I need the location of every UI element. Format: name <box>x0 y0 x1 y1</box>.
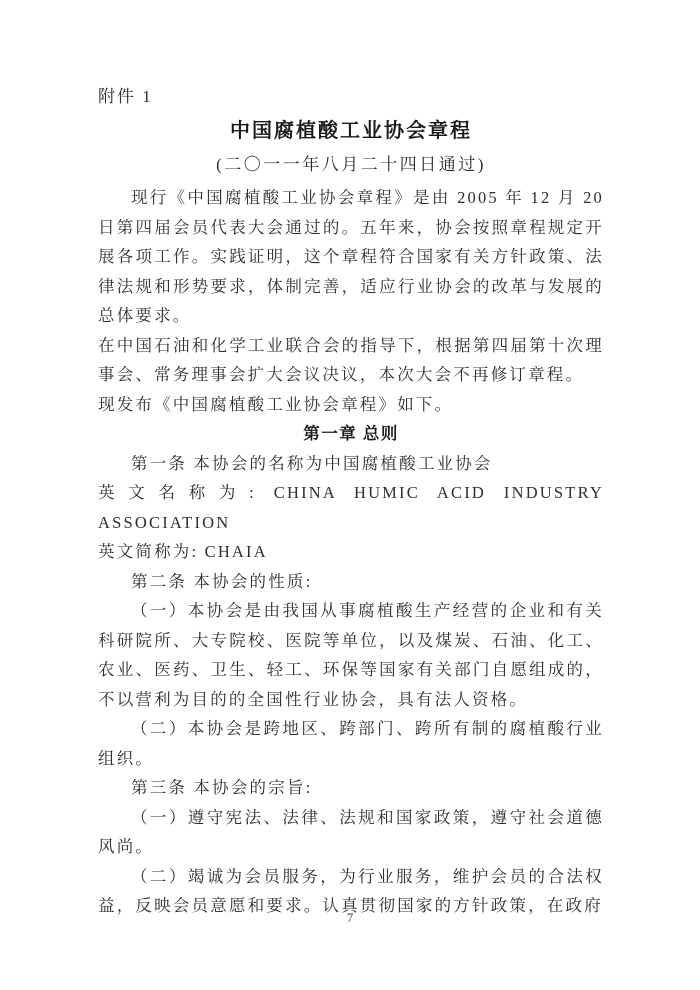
document-content: 附件 1 中国腐植酸工业协会章程 (二〇一一年八月二十四日通过) 现行《中国腐植… <box>98 84 604 921</box>
chapter-heading: 第一章 总则 <box>98 419 604 449</box>
paragraph: 在中国石油和化学工业联合会的指导下，根据第四届第十次理事会、常务理事会扩大会议决… <box>98 331 604 390</box>
page-number: 7 <box>0 910 700 926</box>
document-body: 现行《中国腐植酸工业协会章程》是由 2005 年 12 月 20 日第四届会员代… <box>98 183 604 921</box>
attachment-label: 附件 1 <box>98 84 604 110</box>
document-subtitle: (二〇一一年八月二十四日通过) <box>98 150 604 180</box>
paragraph: 第二条 本协会的性质: <box>98 567 604 597</box>
paragraph: （一）遵守宪法、法律、法规和国家政策，遵守社会道德风尚。 <box>98 803 604 862</box>
paragraph: 英文名称为: CHINA HUMIC ACID INDUSTRY ASSOCIA… <box>98 478 604 537</box>
paragraph: 现行《中国腐植酸工业协会章程》是由 2005 年 12 月 20 日第四届会员代… <box>98 183 604 331</box>
document-page: 附件 1 中国腐植酸工业协会章程 (二〇一一年八月二十四日通过) 现行《中国腐植… <box>0 0 700 990</box>
paragraph: 现发布《中国腐植酸工业协会章程》如下。 <box>98 390 604 420</box>
document-title: 中国腐植酸工业协会章程 <box>98 116 604 146</box>
paragraph: 第三条 本协会的宗旨: <box>98 773 604 803</box>
paragraph: （二）本协会是跨地区、跨部门、跨所有制的腐植酸行业组织。 <box>98 714 604 773</box>
paragraph: （一）本协会是由我国从事腐植酸生产经营的企业和有关科研院所、大专院校、医院等单位… <box>98 596 604 714</box>
paragraph: 英文简称为: CHAIA <box>98 537 604 567</box>
paragraph: 第一条 本协会的名称为中国腐植酸工业协会 <box>98 449 604 479</box>
